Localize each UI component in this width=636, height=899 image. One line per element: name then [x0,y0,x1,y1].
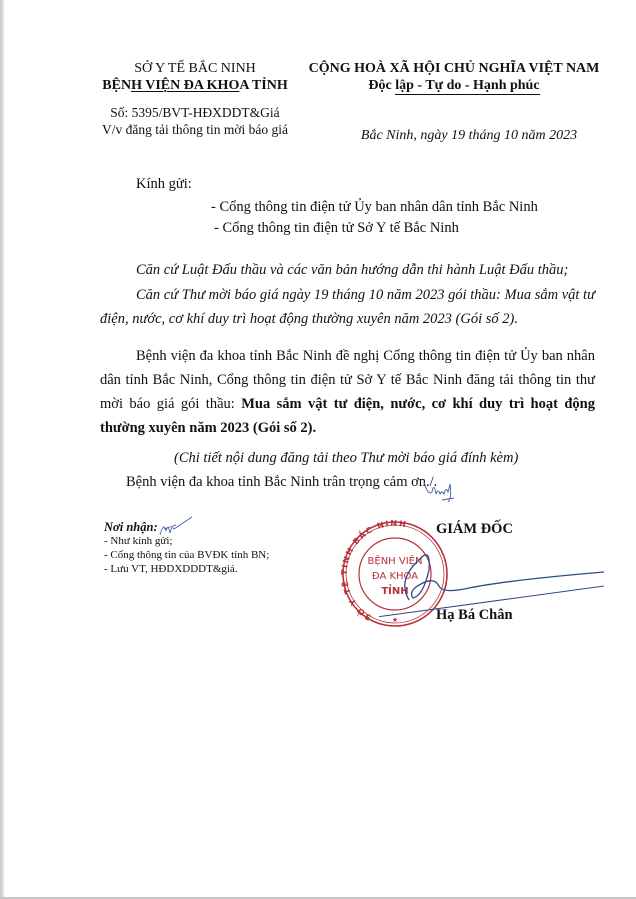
initials-signature-icon [422,478,456,504]
distribution-item: - Cổng thông tin của BVĐK tỉnh BN; [104,548,269,562]
legal-basis-2: Căn cứ Thư mời báo giá ngày 19 tháng 10 … [100,283,595,331]
legal-basis-1: Căn cứ Luật Đấu thầu và các văn bản hướn… [100,258,595,282]
hospital-name-part: A TỈNH [239,78,287,93]
document-subject: V/v đăng tải thông tin mời báo giá [90,121,300,138]
header-left: SỞ Y TẾ BẮC NINH BỆNH VIỆN ĐA KHOA TỈNH … [90,60,300,138]
small-signature-icon [154,515,194,541]
header-right: CỘNG HOÀ XÃ HỘI CHỦ NGHĨA VIỆT NAM Độc l… [304,60,604,95]
hospital-name: BỆNH VIỆN ĐA KHOA TỈNH [90,77,300,94]
hospital-name-underlined: H VIỆN ĐA KHO [131,78,239,93]
document-date: Bắc Ninh, ngày 19 tháng 10 năm 2023 [334,128,604,144]
document-page: SỞ Y TẾ BẮC NINH BỆNH VIỆN ĐA KHOA TỈNH … [4,0,636,897]
motto: Độc lập - Tự do - Hạnh phúc [368,78,539,93]
motto-part: Độc [368,78,395,93]
motto-underlined: lập - Tự do - Hạnh phúc [395,77,539,95]
hospital-name-part: BỆN [102,78,131,93]
document-number: Số: 5395/BVT-HĐXDDT&Giá [90,104,300,121]
request-paragraph: Bệnh viện đa khoa tỉnh Bắc Ninh đề nghị … [100,344,595,440]
greeting-label: Kính gửi: [136,172,192,196]
thanks-line: Bệnh viện đa khoa tỉnh Bắc Ninh trân trọ… [126,474,437,491]
distribution-item: - Lưu VT, HĐDXDDDT&giá. [104,562,269,576]
department-name: SỞ Y TẾ BẮC NINH [90,60,300,77]
recipient-item: - Cổng thông tin điện tử Sở Y tế Bắc Nin… [214,216,459,240]
nation-title: CỘNG HOÀ XÃ HỘI CHỦ NGHĨA VIỆT NAM [304,60,604,77]
detail-note: (Chi tiết nội dung đăng tải theo Thư mời… [174,450,518,467]
signer-name: Hạ Bá Chân [436,607,513,624]
